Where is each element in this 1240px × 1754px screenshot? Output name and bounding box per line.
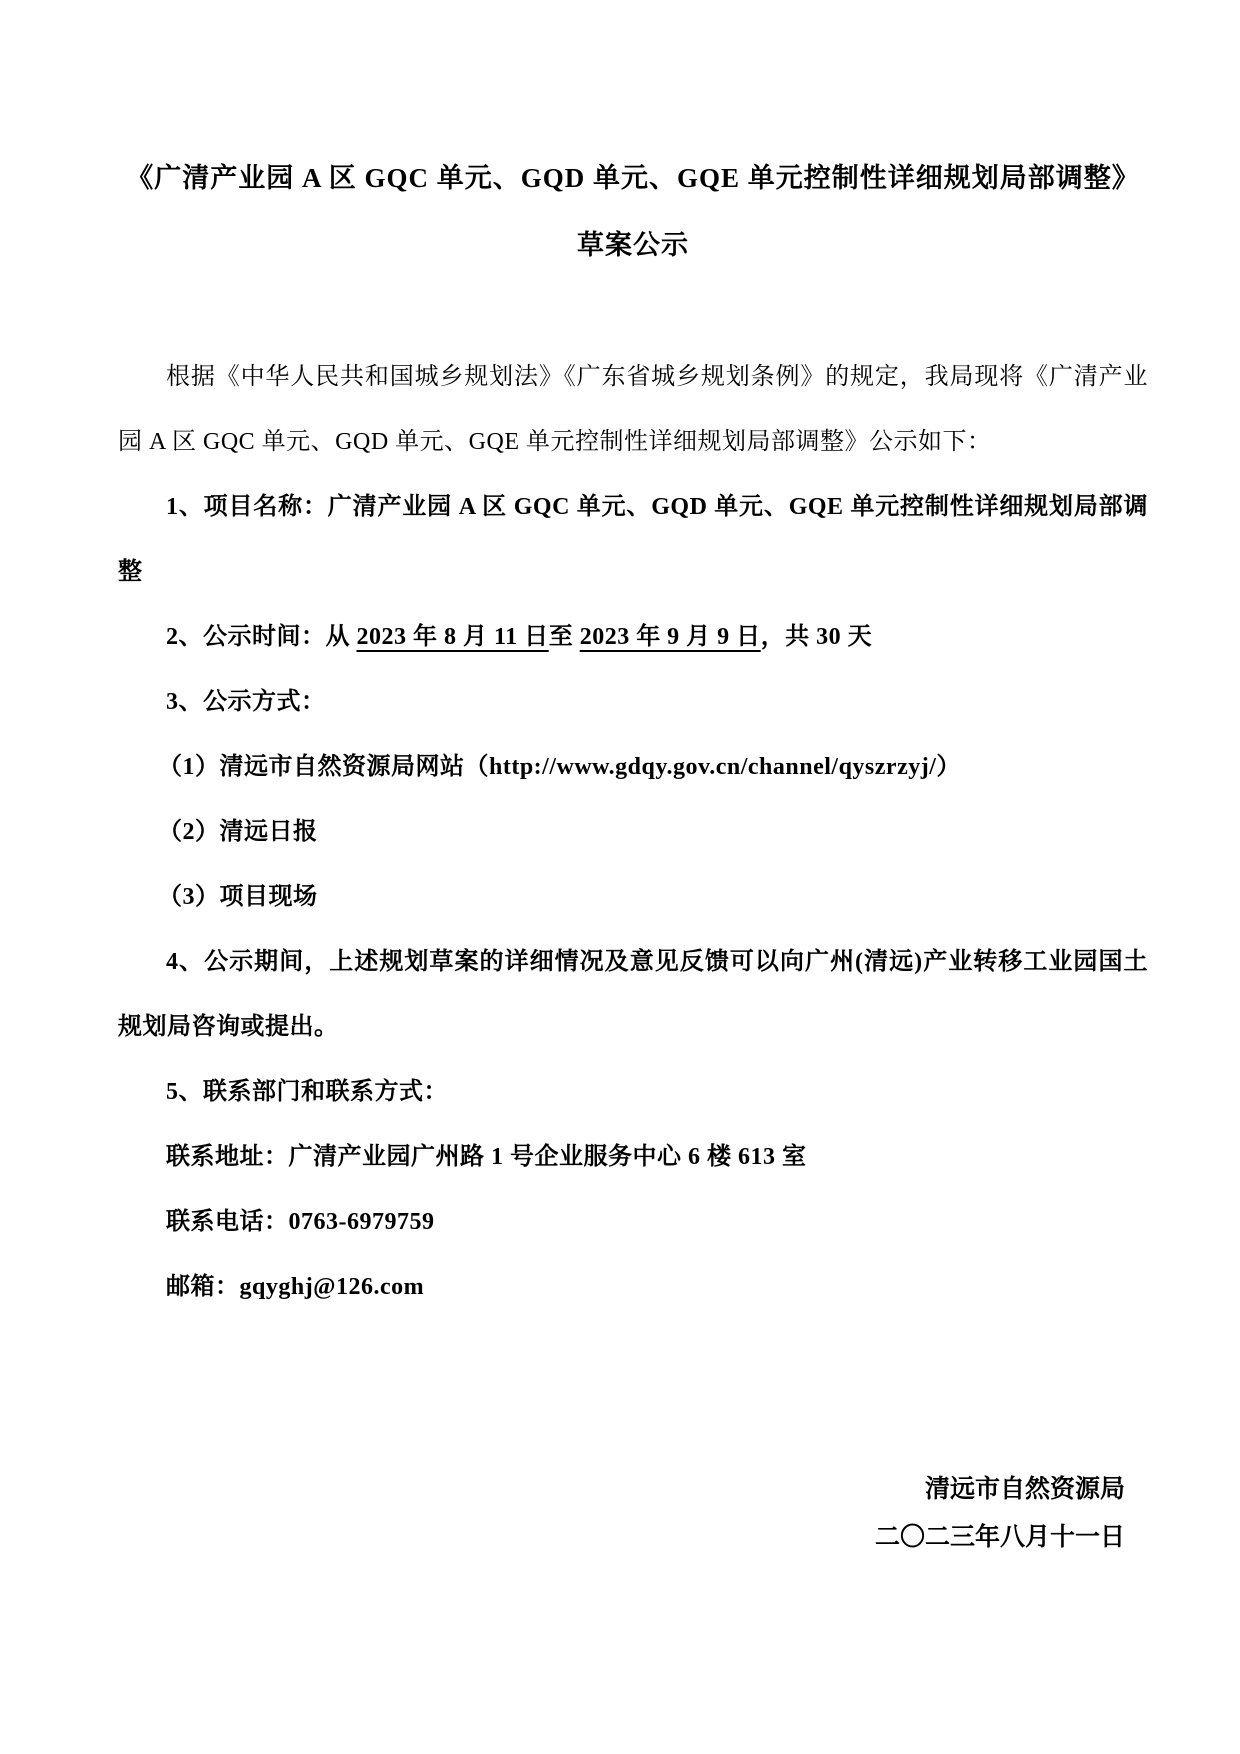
contact-phone: 联系电话：0763-6979759 — [118, 1190, 1148, 1255]
item-2-prefix: 2、公示时间：从 — [166, 624, 357, 650]
method-2-newspaper: （2）清远日报 — [118, 800, 1148, 865]
document-body: 根据《中华人民共和国城乡规划法》《广东省城乡规划条例》的规定，我局现将《广清产业… — [118, 345, 1148, 1320]
intro-paragraph: 根据《中华人民共和国城乡规划法》《广东省城乡规划条例》的规定，我局现将《广清产业… — [118, 345, 1148, 475]
method-3-project-site: （3）项目现场 — [118, 865, 1148, 930]
signature-date: 二〇二三年八月十一日 — [118, 1514, 1125, 1562]
document-page: 《广清产业园 A 区 GQC 单元、GQD 单元、GQE 单元控制性详细规划局部… — [0, 0, 1240, 1754]
item-2-suffix: ，共 30 天 — [761, 624, 873, 650]
item-5-contact: 5、联系部门和联系方式： — [118, 1060, 1148, 1125]
contact-address: 联系地址：广清产业园广州路 1 号企业服务中心 6 楼 613 室 — [118, 1125, 1148, 1190]
publicity-start-date: 2023 年 8 月 11 日 — [357, 624, 549, 650]
title-block: 《广清产业园 A 区 GQC 单元、GQD 单元、GQE 单元控制性详细规划局部… — [118, 145, 1148, 279]
publicity-end-date: 2023 年 9 月 9 日 — [580, 624, 761, 650]
item-3-publicity-methods: 3、公示方式： — [118, 670, 1148, 735]
item-4-feedback: 4、公示期间，上述规划草案的详细情况及意见反馈可以向广州(清远)产业转移工业园国… — [118, 930, 1148, 1060]
method-1-website: （1）清远市自然资源局网站（http://www.gdqy.gov.cn/cha… — [118, 735, 1148, 800]
document-title: 《广清产业园 A 区 GQC 单元、GQD 单元、GQE 单元控制性详细规划局部… — [118, 145, 1148, 212]
item-1-project-name: 1、项目名称：广清产业园 A 区 GQC 单元、GQD 单元、GQE 单元控制性… — [118, 475, 1148, 605]
signature-block: 清远市自然资源局 二〇二三年八月十一日 — [118, 1466, 1125, 1562]
document-subtitle: 草案公示 — [118, 212, 1148, 279]
contact-email: 邮箱：gqyghj@126.com — [118, 1255, 1148, 1320]
item-2-publicity-period: 2、公示时间：从 2023 年 8 月 11 日至 2023 年 9 月 9 日… — [118, 605, 1148, 670]
item-2-mid: 至 — [549, 624, 580, 650]
signature-agency: 清远市自然资源局 — [118, 1466, 1125, 1514]
